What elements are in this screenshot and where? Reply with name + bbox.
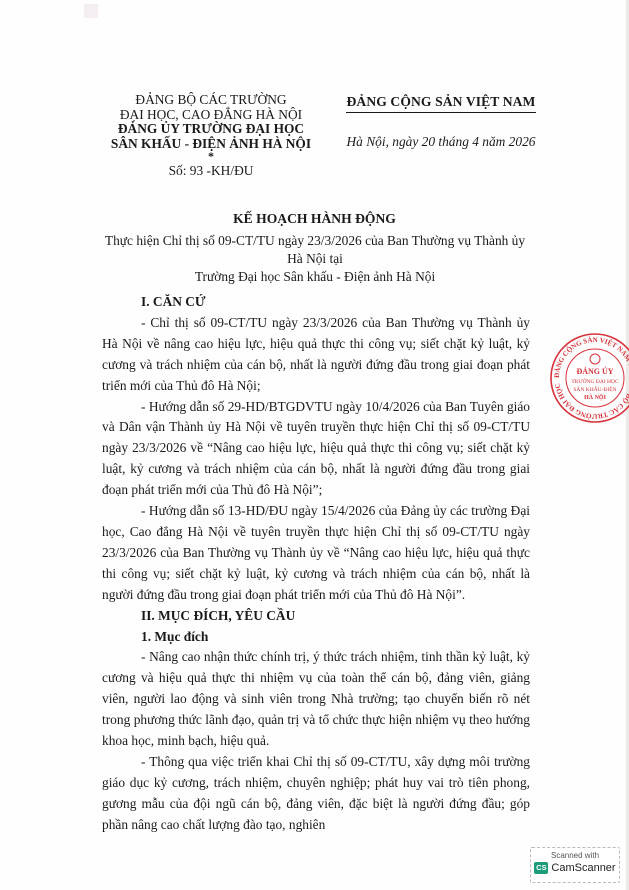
authority-line-2: ĐẠI HỌC, CAO ĐẲNG HÀ NỘI (102, 108, 320, 123)
document-title: KẾ HOẠCH HÀNH ĐỘNG (0, 211, 629, 227)
national-header-block: ĐẢNG CỘNG SẢN VIỆT NAM Hà Nội, ngày 20 t… (346, 93, 536, 150)
document-subtitle: Thực hiện Chỉ thị số 09-CT/TU ngày 23/3/… (100, 232, 530, 286)
purpose-paragraph-1: - Nâng cao nhận thức chính trị, ý thức t… (102, 647, 530, 752)
watermark-brand: CamScanner (551, 862, 615, 874)
basis-paragraph-2: - Hướng dẫn số 29-HD/BTGDVTU ngày 10/4/2… (102, 397, 530, 502)
subheading-purpose: 1. Mục đích (102, 627, 530, 648)
place-date: Hà Nội, ngày 20 tháng 4 năm 2026 (346, 134, 536, 150)
svg-text:TRƯỜNG ĐẠI HỌC: TRƯỜNG ĐẠI HỌC (571, 377, 619, 385)
official-red-seal-icon: ĐẢNG CỘNG SẢN VIỆT NAM ★ ĐẢNG BỘ CÁC TRƯ… (549, 332, 629, 424)
issuing-authority-block: ĐẢNG BỘ CÁC TRƯỜNG ĐẠI HỌC, CAO ĐẲNG HÀ … (102, 93, 320, 179)
subtitle-line-2: Trường Đại học Sân khấu - Điện ảnh Hà Nộ… (100, 268, 530, 286)
authority-line-3: ĐẢNG ỦY TRƯỜNG ĐẠI HỌC (102, 122, 320, 137)
section-heading-purpose: II. MỤC ĐÍCH, YÊU CẦU (102, 606, 530, 627)
basis-paragraph-3: - Hướng dẫn số 13-HD/ĐU ngày 15/4/2026 c… (102, 501, 530, 606)
authority-line-1: ĐẢNG BỘ CÁC TRƯỜNG (102, 93, 320, 108)
star-separator: * (102, 152, 320, 160)
svg-text:SÂN KHẤU-ĐIỆN: SÂN KHẤU-ĐIỆN (573, 385, 616, 393)
section-heading-basis: I. CĂN CỨ (102, 292, 530, 313)
document-body: I. CĂN CỨ - Chỉ thị số 09-CT/TU ngày 23/… (102, 292, 530, 836)
subtitle-line-1: Thực hiện Chỉ thị số 09-CT/TU ngày 23/3/… (100, 232, 530, 268)
document-number: Số: 93 -KH/ĐU (102, 164, 320, 179)
national-title: ĐẢNG CỘNG SẢN VIỆT NAM (346, 94, 535, 113)
camscanner-logo-icon: CS (534, 862, 548, 874)
purpose-paragraph-2: - Thông qua việc triển khai Chỉ thị số 0… (102, 752, 530, 836)
scan-artifact (84, 4, 98, 18)
svg-text:HÀ NỘI: HÀ NỘI (584, 393, 607, 401)
scanned-document-page: ĐẢNG BỘ CÁC TRƯỜNG ĐẠI HỌC, CAO ĐẲNG HÀ … (0, 0, 629, 890)
watermark-caption: Scanned with (531, 851, 619, 860)
svg-text:ĐẢNG ỦY: ĐẢNG ỦY (576, 366, 613, 376)
camscanner-watermark: Scanned with CS CamScanner (530, 847, 620, 883)
basis-paragraph-1: - Chỉ thị số 09-CT/TU ngày 23/3/2026 của… (102, 313, 530, 397)
